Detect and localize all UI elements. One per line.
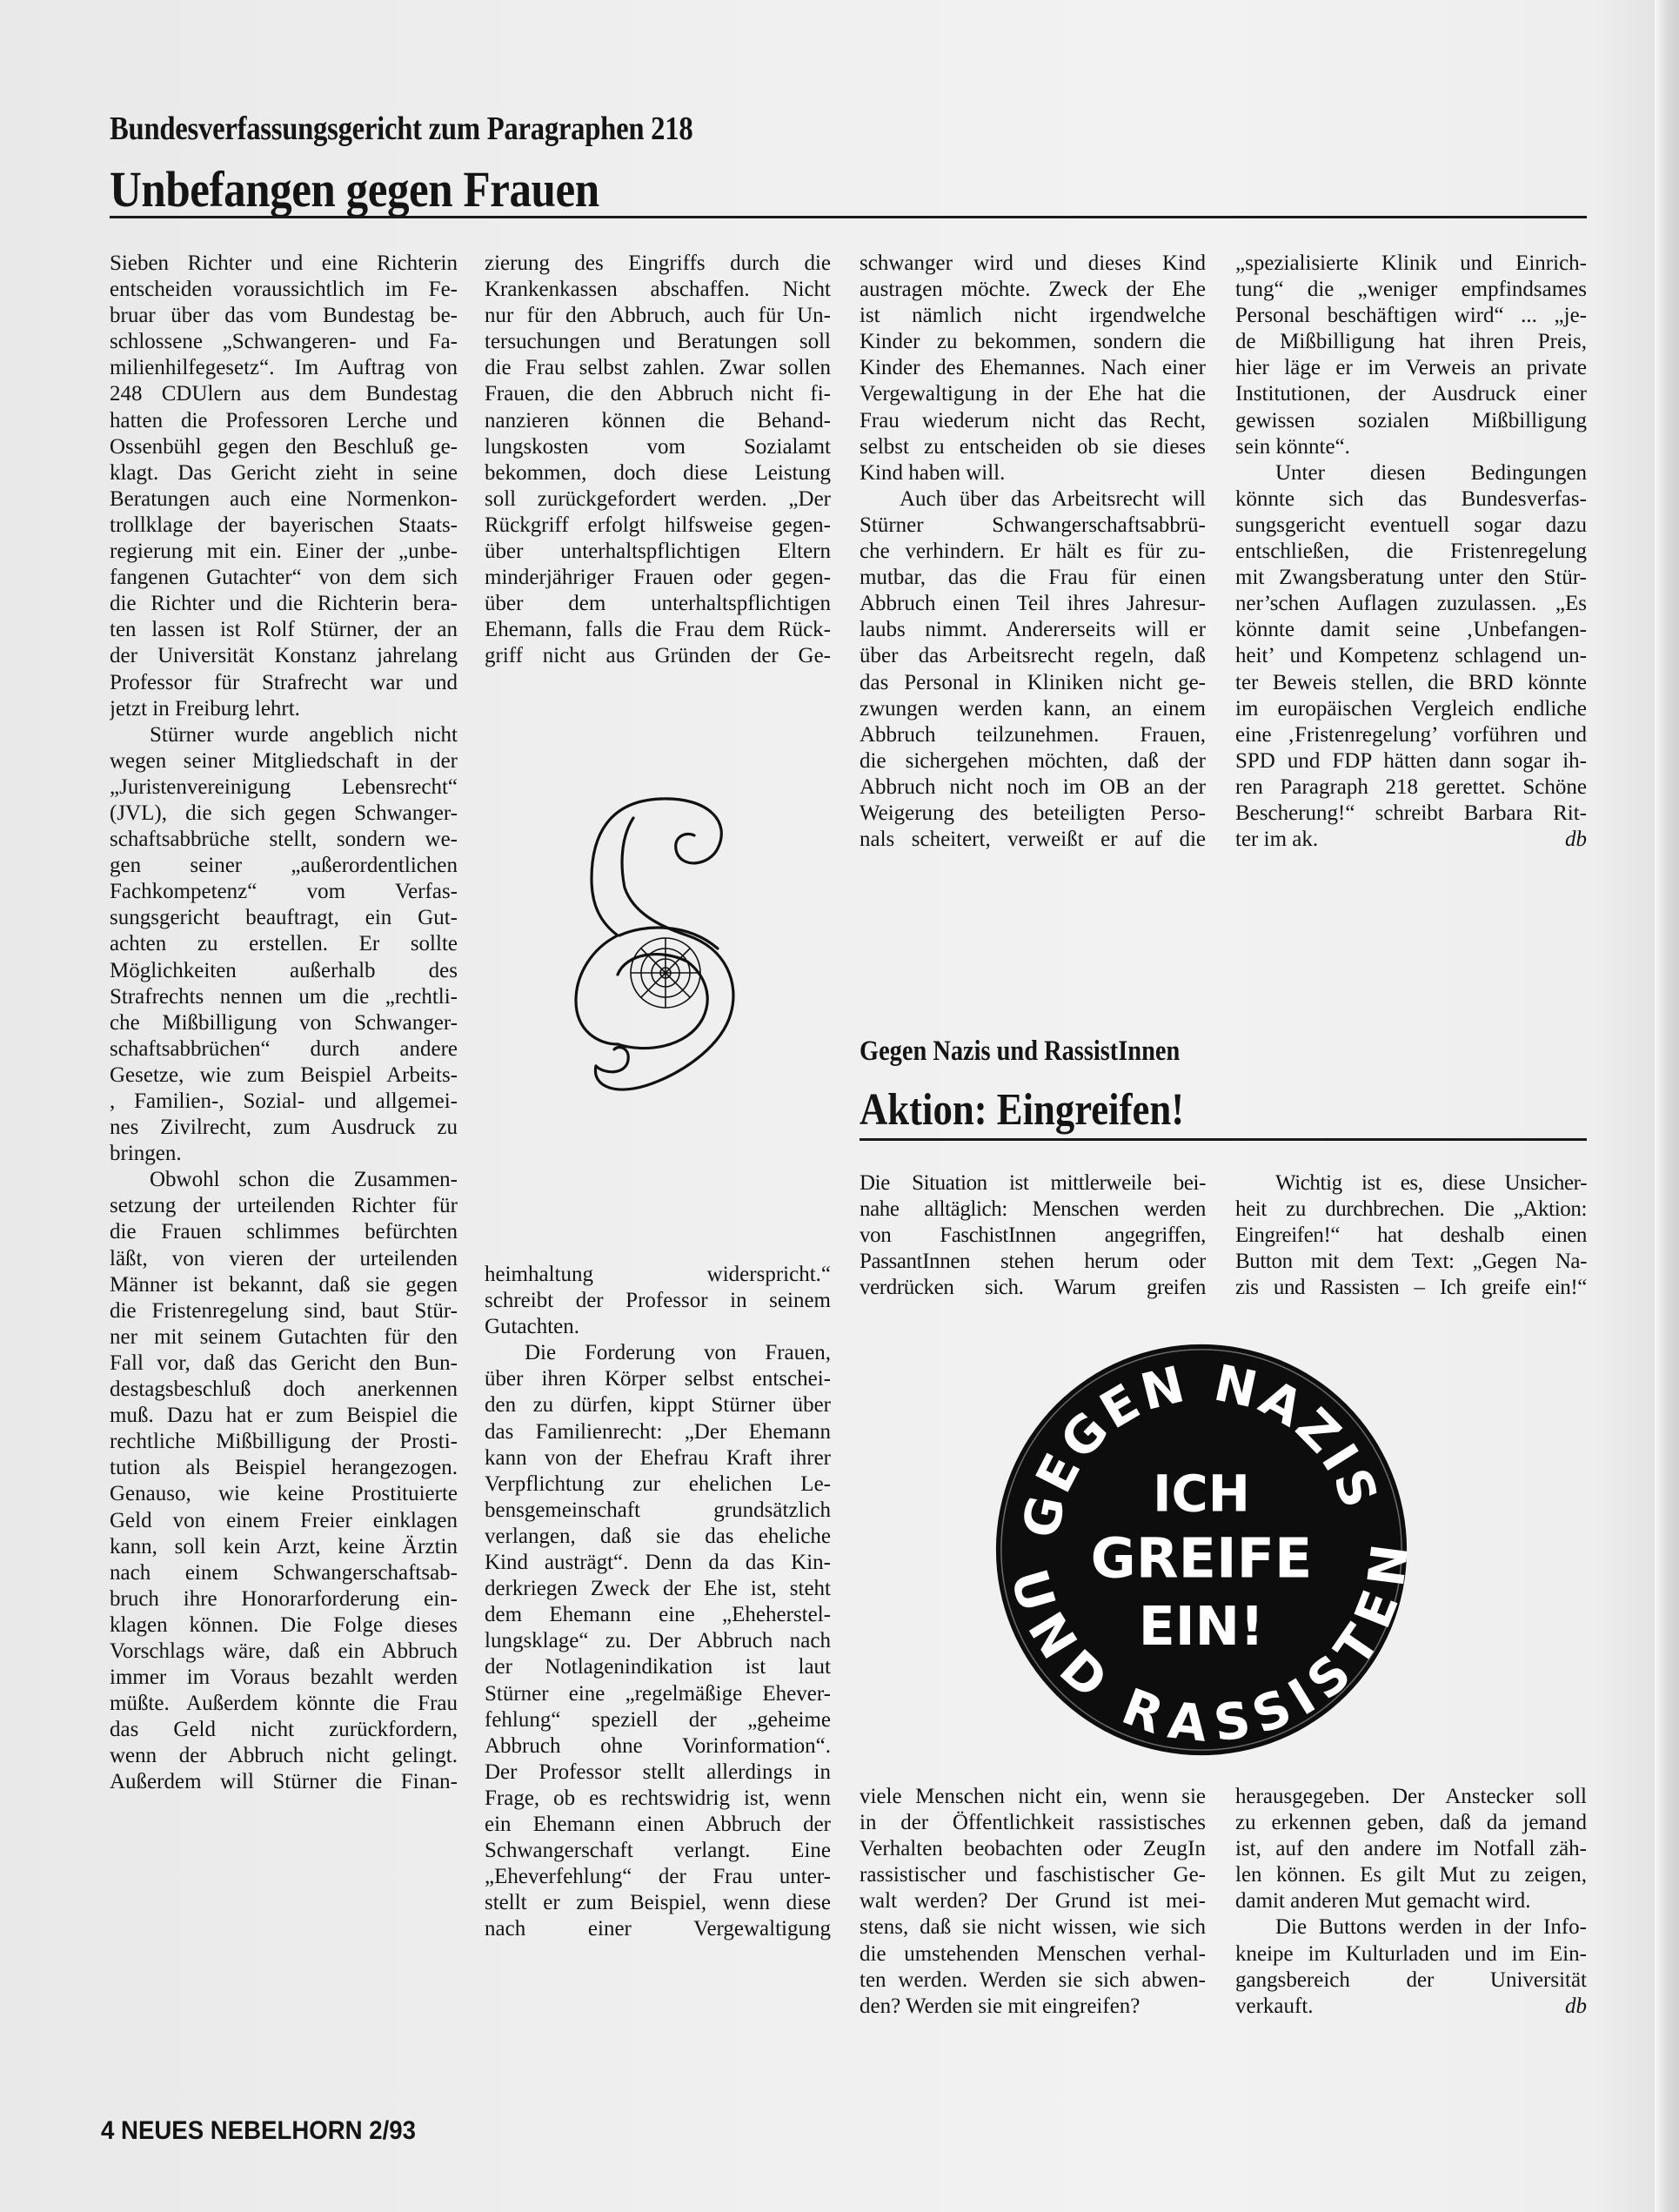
text-line: Wichtig ist es, diese Unsicher- bbox=[1235, 1170, 1587, 1196]
text-line: hatten die Professoren Lerche und bbox=[110, 408, 458, 434]
article2-column-1-bottom: viele Menschen nicht ein, wenn siein der… bbox=[860, 1784, 1206, 2020]
text-line: müßte. Außerdem könnte die Frau bbox=[110, 1691, 458, 1717]
text-line: nach einem Schwangerschaftsab- bbox=[110, 1560, 458, 1586]
text-line: Auch über das Arbeitsrecht will bbox=[860, 486, 1206, 513]
text-line: muß. Dazu hat er zum Beispiel die bbox=[110, 1403, 458, 1429]
text-line: stens, daß sie nicht wissen, wie sich bbox=[860, 1914, 1206, 1941]
text-line: läßt, von vieren der urteilenden bbox=[110, 1246, 458, 1272]
text-line: über dem unterhaltspflichtigen bbox=[485, 591, 831, 617]
text-line: ter im ak.db bbox=[1235, 827, 1587, 853]
badge-center-line-2: GREIFE bbox=[1091, 1526, 1313, 1591]
text-line: Krankenkassen abschaffen. Nicht bbox=[485, 277, 831, 303]
text-line: „spezialisierte Klinik und Einrich- bbox=[1235, 251, 1587, 277]
text-line: nach einer Vergewaltigung bbox=[485, 1916, 831, 1942]
page-binding-edge bbox=[1655, 0, 1679, 2212]
text-line: (JVL), die sich gegen Schwanger- bbox=[110, 801, 458, 827]
text-line: verkauft.db bbox=[1235, 1994, 1587, 2020]
text-line: zwungen werden kann, an einem bbox=[860, 696, 1206, 722]
text-line: sein könnte“. bbox=[1235, 434, 1587, 460]
text-line: derkriegen Zweck der Ehe ist, steht bbox=[485, 1576, 831, 1602]
text-line: setzung der urteilenden Richter für bbox=[110, 1193, 458, 1219]
text-line: ner’schen Auflagen zuzulassen. „Es bbox=[1235, 591, 1587, 617]
text-line: Abbruch teilzunehmen. Frauen, bbox=[860, 722, 1206, 748]
text-line: Vergewaltigung in der Ehe hat die bbox=[860, 381, 1206, 407]
text-line: tution als Beispiel herangezogen. bbox=[110, 1455, 458, 1481]
text-line: Die Buttons werden in der Info- bbox=[1235, 1914, 1587, 1941]
text-line: Unter diesen Bedingungen bbox=[1235, 460, 1587, 486]
article2-headline: Aktion: Eingreifen! bbox=[860, 1084, 1184, 1136]
text-line: ten lassen ist Rolf Stürner, der an bbox=[110, 617, 458, 643]
article1-column-3: schwanger wird und dieses Kindaustragen … bbox=[860, 251, 1206, 853]
text-line: „Juristenvereinigung Lebensrecht“ bbox=[110, 774, 458, 801]
text-line: zu erkennen geben, daß da jemand bbox=[1235, 1810, 1587, 1836]
text-line: Beratungen auch eine Normenkon- bbox=[110, 486, 458, 513]
article1-column-4: „spezialisierte Klinik und Einrich-tung“… bbox=[1235, 251, 1587, 853]
text-line: tersuchungen und Beratungen soll bbox=[485, 329, 831, 355]
text-line: tung“ die „weniger empfindsames bbox=[1235, 277, 1587, 303]
text-line: Sieben Richter und eine Richterin bbox=[110, 251, 458, 277]
text-line: Schwangerschaft verlangt. Eine bbox=[485, 1838, 831, 1864]
text-line: che verhindern. Er hält es für zu- bbox=[860, 539, 1206, 565]
text-line: die Frau selbst zahlen. Zwar sollen bbox=[485, 355, 831, 381]
text-line: die umstehenden Menschen verhal- bbox=[860, 1941, 1206, 1967]
text-line: Die Situation ist mittlerweile bei- bbox=[860, 1170, 1206, 1196]
text-line: die Fristenregelung sind, baut Stür- bbox=[110, 1298, 458, 1324]
text-line: Abbruch einen Teil ihres Jahresur- bbox=[860, 591, 1206, 617]
text-line: Stürner eine „regelmäßige Ehever- bbox=[485, 1681, 831, 1707]
badge-center-line-3: EIN! bbox=[1139, 1595, 1264, 1658]
text-line: ten werden. Werden sie sich abwen- bbox=[860, 1967, 1206, 1994]
text-line: schaftsabbrüchen“ durch andere bbox=[110, 1036, 458, 1062]
text-line: Frau wiederum nicht das Recht, bbox=[860, 408, 1206, 434]
text-line: stellt er zum Beispiel, wenn diese bbox=[485, 1890, 831, 1916]
text-line: lungskosten vom Sozialamt bbox=[485, 434, 831, 460]
text-line: ner mit seinem Gutachten für den bbox=[110, 1324, 458, 1351]
text-line: Frauen, die den Abbruch nicht fi- bbox=[485, 381, 831, 407]
text-line: che Mißbilligung von Schwanger- bbox=[110, 1010, 458, 1036]
text-line: Kinder zu bekommen, sondern die bbox=[860, 329, 1206, 355]
text-line: minderjähriger Frauen oder gegen- bbox=[485, 565, 831, 591]
text-line: Möglichkeiten außerhalb des bbox=[110, 958, 458, 984]
text-line: Abbruch nicht noch im OB an der bbox=[860, 774, 1206, 801]
text-line: , Familien-, Sozial- und allgemei- bbox=[110, 1089, 458, 1115]
text-line: der Universität Konstanz jahrelang bbox=[110, 643, 458, 669]
text-line: fehlung“ speziell der „geheime bbox=[485, 1707, 831, 1733]
text-line: laubs nimmt. Andererseits will er bbox=[860, 617, 1206, 643]
article1-headline: Unbefangen gegen Frauen bbox=[110, 160, 599, 218]
text-line: SPD und FDP hätten dann sogar ih- bbox=[1235, 748, 1587, 774]
author-signature: db bbox=[1565, 827, 1587, 853]
text-line: PassantInnen stehen herum oder bbox=[860, 1249, 1206, 1275]
text-line: Kinder des Ehemannes. Nach einer bbox=[860, 355, 1206, 381]
text-line: Fachkompetenz“ vom Verfas- bbox=[110, 879, 458, 905]
text-line: milienhilfegesetz“. Im Auftrag von bbox=[110, 355, 458, 381]
text-line: bensgemeinschaft grundsätzlich bbox=[485, 1498, 831, 1524]
text-line: könnte sich das Bundesverfas- bbox=[1235, 486, 1587, 513]
text-line: nur für den Abbruch, auch für Un- bbox=[485, 303, 831, 329]
text-line: von FaschistInnen angegriffen, bbox=[860, 1223, 1206, 1249]
text-line: heit zu durchbrechen. Die „Aktion: bbox=[1235, 1196, 1587, 1223]
text-line: ist nämlich nicht irgendwelche bbox=[860, 303, 1206, 329]
text-line: fangenen Gutachter“ von dem sich bbox=[110, 565, 458, 591]
article2-headline-rule bbox=[860, 1138, 1587, 1141]
text-line: schwanger wird und dieses Kind bbox=[860, 251, 1206, 277]
text-line: heimhaltung widerspricht.“ bbox=[485, 1262, 831, 1288]
text-line: rechtliche Mißbilligung der Prosti- bbox=[110, 1429, 458, 1455]
text-line: Die Forderung von Frauen, bbox=[485, 1340, 831, 1366]
text-line: den? Werden sie mit eingreifen? bbox=[860, 1994, 1206, 2020]
text-line: Eingreifen!“ hat deshalb einen bbox=[1235, 1223, 1587, 1249]
text-line: klagt. Das Gericht zieht in seine bbox=[110, 460, 458, 486]
text-line: 248 CDUlern aus dem Bundestag bbox=[110, 381, 458, 407]
text-line: über das Arbeitsrecht regeln, daß bbox=[860, 643, 1206, 669]
text-line: kneipe im Kulturladen und im Ein- bbox=[1235, 1941, 1587, 1967]
text-line: Männer ist bekannt, daß sie gegen bbox=[110, 1272, 458, 1298]
text-line: len können. Es gilt Mut zu zeigen, bbox=[1235, 1862, 1587, 1888]
text-line: ter Beweis stellen, die BRD könnte bbox=[1235, 670, 1587, 696]
text-line: damit anderen Mut gemacht wird. bbox=[1235, 1888, 1587, 1914]
spiderweb-icon bbox=[631, 938, 700, 1008]
page-footer-folio: 4 NEUES NEBELHORN 2/93 bbox=[101, 2116, 416, 2146]
text-line: verlangen, daß sie das eheliche bbox=[485, 1524, 831, 1550]
text-line: sungsgericht eventuell sogar dazu bbox=[1235, 513, 1587, 539]
text-line: soll zurückgefordert werden. „Der bbox=[485, 486, 831, 513]
text-line: verdrücken sich. Warum greifen bbox=[860, 1275, 1206, 1301]
article2-kicker: Gegen Nazis und RassistInnen bbox=[860, 1036, 1180, 1068]
article1-kicker: Bundesverfassungsgericht zum Paragraphen… bbox=[110, 110, 692, 148]
text-line: lungsklage“ zu. Der Abbruch nach bbox=[485, 1628, 831, 1654]
text-line: Gesetze, wie zum Beispiel Arbeits- bbox=[110, 1062, 458, 1089]
text-line: Geld von einem Freier einklagen bbox=[110, 1508, 458, 1534]
text-line: Fall vor, daß das Gericht den Bun- bbox=[110, 1351, 458, 1377]
text-line: Rückgriff erfolgt hilfsweise gegen- bbox=[485, 513, 831, 539]
text-line: bruch ihre Honorarforderung ein- bbox=[110, 1586, 458, 1612]
text-line: das Personal in Kliniken nicht ge- bbox=[860, 670, 1206, 696]
text-line: Personal beschäftigen wird“ ... „je- bbox=[1235, 303, 1587, 329]
text-line: das Geld nicht zurückfordern, bbox=[110, 1717, 458, 1743]
text-line: mit Zwangsberatung unter den Stür- bbox=[1235, 565, 1587, 591]
article2-column-2-bottom: herausgegeben. Der Anstecker sollzu erke… bbox=[1235, 1784, 1587, 2020]
article2-column-1-top: Die Situation ist mittlerweile bei-nahe … bbox=[860, 1170, 1206, 1301]
text-line: achten zu erstellen. Er sollte bbox=[110, 931, 458, 957]
author-signature: db bbox=[1565, 1994, 1587, 2020]
text-line: gen seiner „außerordentlichen bbox=[110, 853, 458, 879]
text-line: Strafrechts nennen um die „rechtli- bbox=[110, 984, 458, 1010]
text-line: klagen können. Die Folge dieses bbox=[110, 1612, 458, 1639]
text-line: viele Menschen nicht ein, wenn sie bbox=[860, 1784, 1206, 1810]
text-line: austragen möchte. Zweck der Ehe bbox=[860, 277, 1206, 303]
text-line: nals scheitert, verweißt er auf die bbox=[860, 827, 1206, 853]
article1-headline-rule bbox=[110, 216, 1587, 218]
text-line: Stürner Schwangerschaftsabbrü- bbox=[860, 513, 1206, 539]
text-line: walt werden? Der Grund ist mei- bbox=[860, 1888, 1206, 1914]
text-line: zis und Rassisten – Ich greife ein!“ bbox=[1235, 1275, 1587, 1301]
paragraph-sign-illustration bbox=[557, 783, 757, 1114]
text-line: Genauso, wie keine Prostituierte bbox=[110, 1481, 458, 1507]
text-line: sungsgericht beauftragt, ein Gut- bbox=[110, 905, 458, 931]
text-line: die Richter und die Richterin bera- bbox=[110, 591, 458, 617]
text-line: Stürner wurde angeblich nicht bbox=[110, 722, 458, 748]
text-line: herausgegeben. Der Anstecker soll bbox=[1235, 1784, 1587, 1810]
text-line: regierung mit ein. Einer der „unbe- bbox=[110, 539, 458, 565]
text-line: Abbruch ohne Vorinformation“. bbox=[485, 1733, 831, 1760]
text-line: die sichergehen möchten, daß der bbox=[860, 748, 1206, 774]
text-line: immer im Voraus bezahlt werden bbox=[110, 1665, 458, 1691]
text-line: Institutionen, der Ausdruck einer bbox=[1235, 381, 1587, 407]
article1-column-2-bottom: heimhaltung widerspricht.“schreibt der P… bbox=[485, 1262, 831, 1942]
text-line: selbst zu entscheiden ob sie dieses bbox=[860, 434, 1206, 460]
text-line: gewissen sozialen Mißbilligung bbox=[1235, 408, 1587, 434]
gegen-nazis-button-badge: GEGEN NAZIS UND RASSISTEN ICH GREIFE EIN… bbox=[986, 1334, 1417, 1766]
text-line: mutbar, das die Frau für einen bbox=[860, 565, 1206, 591]
text-line: „Eheverfehlung“ der Frau unter- bbox=[485, 1864, 831, 1890]
text-line: griff nicht aus Gründen der Ge- bbox=[485, 643, 831, 669]
text-line: eine ‚Fristenregelung’ vorführen und bbox=[1235, 722, 1587, 748]
text-line: Verhalten beobachten oder ZeugIn bbox=[860, 1836, 1206, 1862]
text-line: ren Paragraph 218 gerettet. Schöne bbox=[1235, 774, 1587, 801]
text-line: bekommen, doch diese Leistung bbox=[485, 460, 831, 486]
text-line: trollklage der bayerischen Staats- bbox=[110, 513, 458, 539]
article2-column-2-top: Wichtig ist es, diese Unsicher-heit zu d… bbox=[1235, 1170, 1587, 1301]
text-line: ist, auf den andere im Notfall zäh- bbox=[1235, 1836, 1587, 1862]
text-line: Kind austrägt“. Denn da das Kin- bbox=[485, 1550, 831, 1576]
text-line: in der Öffentlichkeit rassistisches bbox=[860, 1810, 1206, 1836]
text-line: wegen seiner Mitgliedschaft in der bbox=[110, 748, 458, 774]
text-line: Gutachten. bbox=[485, 1314, 831, 1340]
text-line: entschließen, die Fristenregelung bbox=[1235, 539, 1587, 565]
text-line: destagsbeschluß doch anerkennen bbox=[110, 1377, 458, 1403]
text-line: de Mißbilligung hat ihren Preis, bbox=[1235, 329, 1587, 355]
text-line: Ehemann, falls die Frau dem Rück- bbox=[485, 617, 831, 643]
text-line: gangsbereich der Universität bbox=[1235, 1967, 1587, 1994]
text-line: entscheiden voraussichtlich im Fe- bbox=[110, 277, 458, 303]
text-line: Vorschlags wäre, daß ein Abbruch bbox=[110, 1639, 458, 1665]
text-line: wenn der Abbruch nicht gelingt. bbox=[110, 1743, 458, 1769]
text-line: schaftsabbrüche stellt, sondern we- bbox=[110, 827, 458, 853]
text-line: die Frauen schlimmes befürchten bbox=[110, 1219, 458, 1245]
text-line: ein Ehemann einen Abbruch der bbox=[485, 1812, 831, 1838]
text-line: Verpflichtung zur ehelichen Le- bbox=[485, 1471, 831, 1498]
text-line: bruar über das vom Bundestag be- bbox=[110, 303, 458, 329]
text-line: kann, soll kein Arzt, keine Ärztin bbox=[110, 1534, 458, 1560]
text-line: könnte damit seine ‚Unbefangen- bbox=[1235, 617, 1587, 643]
text-line: Obwohl schon die Zusammen- bbox=[110, 1167, 458, 1193]
badge-center-line-1: ICH bbox=[1153, 1465, 1250, 1523]
text-line: nahe alltäglich: Menschen werden bbox=[860, 1196, 1206, 1223]
text-line: Frage, ob es rechtswidrig ist, wenn bbox=[485, 1786, 831, 1812]
text-line: Bescherung!“ schreibt Barbara Rit- bbox=[1235, 801, 1587, 827]
text-line: Der Professor stellt allerdings in bbox=[485, 1760, 831, 1786]
text-line: kann von der Ehefrau Kraft ihrer bbox=[485, 1445, 831, 1471]
article1-column-1: Sieben Richter und eine Richterinentsche… bbox=[110, 251, 458, 1796]
text-line: Professor für Strafrecht war und bbox=[110, 670, 458, 696]
text-line: Kind haben will. bbox=[860, 460, 1206, 486]
text-line: Weigerung des beteiligten Perso- bbox=[860, 801, 1206, 827]
text-line: dem Ehemann eine „Eheherstel- bbox=[485, 1602, 831, 1628]
text-line: der Notlagenindikation ist laut bbox=[485, 1654, 831, 1680]
text-line: zierung des Eingriffs durch die bbox=[485, 251, 831, 277]
text-line: über unterhaltspflichtigen Eltern bbox=[485, 539, 831, 565]
text-line: schreibt der Professor in seinem bbox=[485, 1288, 831, 1314]
text-line: rassistischer und faschistischer Ge- bbox=[860, 1862, 1206, 1888]
text-line: den zu dürfen, kippt Stürner über bbox=[485, 1392, 831, 1418]
article1-column-2-top: zierung des Eingriffs durch dieKrankenka… bbox=[485, 251, 831, 670]
text-line: bringen. bbox=[110, 1141, 458, 1167]
text-line: Außerdem will Stürner die Finan- bbox=[110, 1769, 458, 1795]
text-line: im europäischen Vergleich endliche bbox=[1235, 696, 1587, 722]
text-line: nanzieren können die Behand- bbox=[485, 408, 831, 434]
text-line: hier läge er im Verweis an private bbox=[1235, 355, 1587, 381]
text-line: Button mit dem Text: „Gegen Na- bbox=[1235, 1249, 1587, 1275]
text-line: nes Zivilrecht, zum Ausdruck zu bbox=[110, 1115, 458, 1141]
text-line: schlossene „Schwangeren- und Fa- bbox=[110, 329, 458, 355]
text-line: über ihren Körper selbst entschei- bbox=[485, 1366, 831, 1392]
text-line: das Familienrecht: „Der Ehemann bbox=[485, 1419, 831, 1445]
text-line: heit’ und Kompetenz schlagend un- bbox=[1235, 643, 1587, 669]
text-line: jetzt in Freiburg lehrt. bbox=[110, 696, 458, 722]
text-line: Ossenbühl gegen den Beschluß ge- bbox=[110, 434, 458, 460]
